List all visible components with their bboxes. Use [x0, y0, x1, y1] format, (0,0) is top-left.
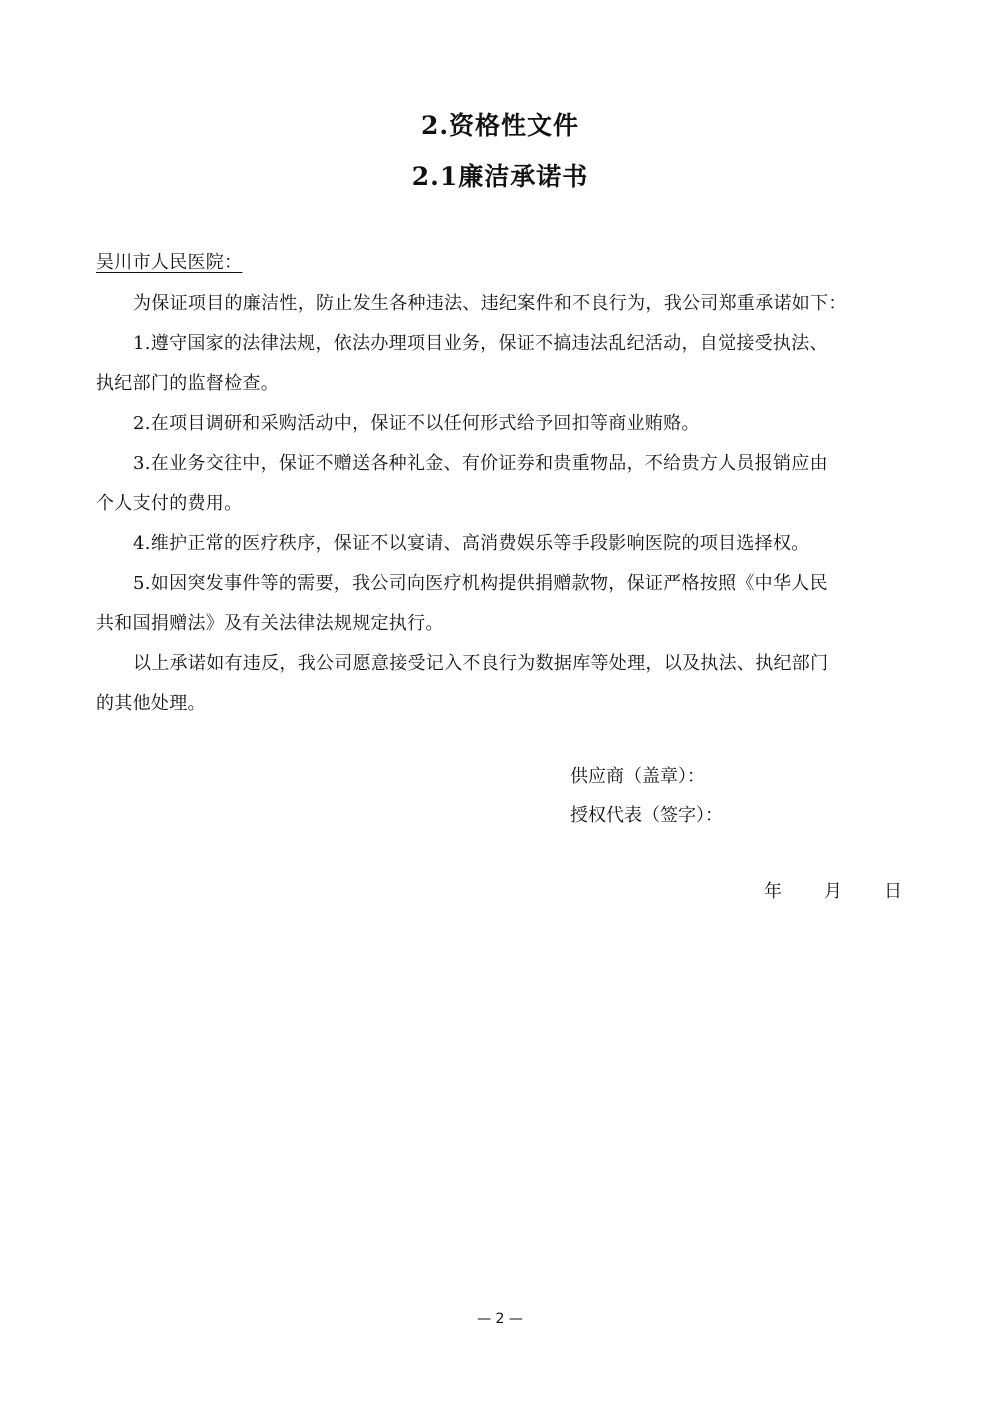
commitment-3-line-2: 个人支付的费用。 — [96, 489, 242, 515]
document-page: 2.资格性文件 2.1廉洁承诺书 吴川市人民医院： 为保证项目的廉洁性，防止发生… — [0, 0, 1000, 1414]
closing-line-1: 以上承诺如有违反，我公司愿意接受记入不良行为数据库等处理，以及执法、执纪部门 — [133, 649, 828, 675]
commitment-2: 2.在项目调研和采购活动中，保证不以任何形式给予回扣等商业贿赂。 — [133, 409, 700, 435]
supplier-seal-label: 供应商（盖章）： — [570, 762, 705, 788]
section-title: 2.资格性文件 — [0, 106, 1000, 142]
subsection-title: 2.1廉洁承诺书 — [0, 157, 1000, 193]
page-number: — 2 — — [0, 1311, 1000, 1327]
date-month-label: 月 — [824, 877, 842, 903]
commitment-1-line-1: 1.遵守国家的法律法规，依法办理项目业务，保证不搞违法乱纪活动，自觉接受执法、 — [133, 329, 828, 355]
commitment-5-line-1: 5.如因突发事件等的需要，我公司向医疗机构提供捐赠款物，保证严格按照《中华人民 — [133, 569, 828, 595]
commitment-4: 4.维护正常的医疗秩序，保证不以宴请、高消费娱乐等手段影响医院的项目选择权。 — [133, 529, 810, 555]
date-year-label: 年 — [764, 877, 782, 903]
representative-signature-label: 授权代表（签字）： — [570, 801, 723, 827]
date-day-label: 日 — [884, 877, 902, 903]
intro-paragraph: 为保证项目的廉洁性，防止发生各种违法、违纪案件和不良行为，我公司郑重承诺如下： — [133, 289, 847, 315]
commitment-1-line-2: 执纪部门的监督检查。 — [96, 369, 279, 395]
commitment-3-line-1: 3.在业务交往中，保证不赠送各种礼金、有价证券和贵重物品，不给贵方人员报销应由 — [133, 449, 828, 475]
addressee: 吴川市人民医院： — [96, 248, 242, 274]
closing-line-2: 的其他处理。 — [96, 689, 206, 715]
commitment-5-line-2: 共和国捐赠法》及有关法律法规规定执行。 — [96, 609, 444, 635]
